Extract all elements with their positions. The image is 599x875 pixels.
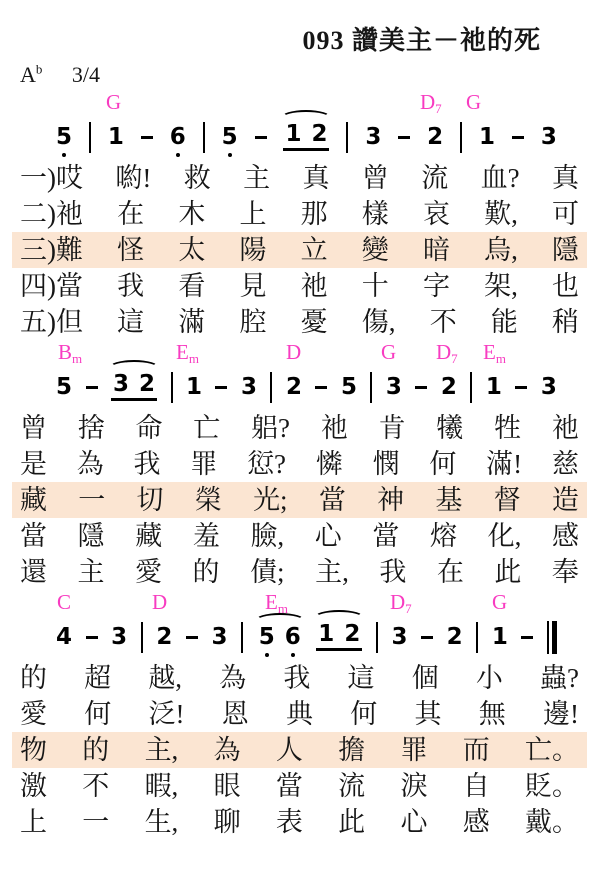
lyric-syllable: 怪 [117, 232, 144, 268]
note: 3 [391, 626, 407, 649]
lyric-syllable: 隱 [78, 518, 105, 554]
note-group: 12 [316, 623, 362, 651]
lyric-syllable: 傷, [362, 304, 396, 340]
lyric-line: 三)難怪太陽立變暗烏,隱 [12, 232, 587, 268]
note: 3 [541, 376, 557, 399]
lyric-syllable: 祂 [321, 410, 348, 446]
lyric-syllable: 木 [178, 196, 205, 232]
lyric-syllable: 愛 [20, 696, 47, 732]
lyric-syllable: 隱 [552, 232, 579, 268]
duration-dash [415, 386, 427, 389]
note: 5 [259, 626, 275, 649]
lyric-syllable: 在 [117, 196, 144, 232]
lyric-syllable: 上 [20, 804, 47, 840]
lyric-syllable: 祂 [301, 268, 328, 304]
lyric-syllable: 切 [137, 482, 164, 518]
lyric-syllable: 榮 [195, 482, 222, 518]
lyric-syllable: 牲 [494, 410, 521, 446]
lyric-syllable: 人 [276, 732, 303, 768]
duration-dash [421, 636, 433, 639]
lyric-syllable: 憐 [316, 446, 343, 482]
lyric-syllable: 罪 [190, 446, 217, 482]
note: 1 [186, 376, 202, 399]
barline [141, 622, 143, 653]
barline [270, 372, 272, 403]
lyric-syllable: 此 [494, 554, 521, 590]
final-barline [547, 621, 557, 654]
lyric-syllable: 典 [286, 696, 313, 732]
lyric-syllable: 愆? [247, 446, 286, 482]
page-title: 093 讚美主－祂的死 [0, 0, 599, 58]
lyric-syllable: 能 [491, 304, 518, 340]
lyric-syllable: 真 [552, 160, 579, 196]
lyric-syllable: 光; [253, 482, 288, 518]
chord-label: Bm [58, 340, 82, 364]
lyric-syllable: 表 [276, 804, 303, 840]
lyric-syllable: 看 [178, 268, 205, 304]
note: 2 [427, 126, 443, 149]
lyric-syllable: 歎, [484, 196, 518, 232]
lyric-syllable: 自 [463, 768, 490, 804]
lyric-syllable: 犧 [436, 410, 463, 446]
lyric-syllable: 超 [84, 660, 111, 696]
lyric-line: 愛何泛!恩典何其無邊! [12, 696, 587, 732]
lyric-syllable: 聊 [214, 804, 241, 840]
lyric-syllable: 我 [134, 446, 161, 482]
lyric-syllable: 熔 [430, 518, 457, 554]
lyric-syllable: 基 [435, 482, 462, 518]
lyric-syllable: 個 [412, 660, 439, 696]
lyric-syllable: 戴。 [525, 804, 579, 840]
barline [370, 372, 372, 403]
lyric-syllable: 心 [400, 804, 427, 840]
system-1: GD7G5165123213一)哎喲!救主真曾流血?真二)祂在木上那樣哀歎,可三… [0, 90, 599, 340]
chord-label: Em [483, 340, 506, 364]
chord-label: G [106, 90, 121, 114]
lyric-syllable: 一 [82, 804, 109, 840]
duration-dash [86, 636, 98, 639]
lyric-syllable: 立 [301, 232, 328, 268]
note: 5 [56, 126, 72, 149]
lyric-line: 上一生,聊表此心感戴。 [12, 804, 587, 840]
duration-dash [141, 136, 153, 139]
lyric-syllable: 的 [20, 660, 47, 696]
barline [241, 622, 243, 653]
lyric-syllable: 主, [145, 732, 179, 768]
lyric-syllable: 流 [421, 160, 448, 196]
barline [476, 622, 478, 653]
note: 3 [541, 126, 557, 149]
lyric-syllable: 越, [148, 660, 182, 696]
lyric-syllable: 感 [552, 518, 579, 554]
lyric-syllable: 神 [377, 482, 404, 518]
lyric-syllable: 我 [283, 660, 310, 696]
note: 3 [241, 376, 257, 399]
duration-dash [255, 136, 267, 139]
lyric-syllable: 此 [338, 804, 365, 840]
lyric-syllable: 主 [243, 160, 270, 196]
note: 1 [318, 623, 334, 646]
notation-row: 43235612321 [0, 614, 599, 660]
note: 1 [285, 123, 301, 146]
barline [376, 622, 378, 653]
note: 2 [441, 376, 457, 399]
notation-row: 5165123213 [0, 114, 599, 160]
lyric-line: 五)但這滿腔憂傷,不能稍 [12, 304, 587, 340]
lyric-syllable: 何 [429, 446, 456, 482]
chord-label: D [286, 340, 301, 364]
note: 3 [386, 376, 402, 399]
lyric-line: 藏一切榮光;當神基督造 [12, 482, 587, 518]
lyric-syllable: 暇, [145, 768, 179, 804]
chord-label: D [152, 590, 167, 614]
lyric-syllable: 的 [82, 732, 109, 768]
lyric-syllable: 藏 [20, 482, 47, 518]
lyric-syllable: 當 [372, 518, 399, 554]
note: 4 [56, 626, 72, 649]
chord-row: CDEmD7G [0, 590, 599, 614]
note: 2 [139, 373, 155, 396]
duration-dash [515, 386, 527, 389]
lyric-syllable: 慈 [552, 446, 579, 482]
lyric-syllable: 擔 [338, 732, 365, 768]
lyric-syllable: 救 [184, 160, 211, 196]
barline [171, 372, 173, 403]
lyric-syllable: 貶。 [525, 768, 579, 804]
lyric-syllable: 變 [362, 232, 389, 268]
duration-dash [186, 636, 198, 639]
music-systems: GD7G5165123213一)哎喲!救主真曾流血?真二)祂在木上那樣哀歎,可三… [0, 90, 599, 840]
system-3: CDEmD7G43235612321的超越,為我這個小蟲?愛何泛!恩典何其無邊!… [0, 590, 599, 840]
barline [203, 122, 205, 153]
note: 3 [113, 373, 129, 396]
note: 2 [311, 123, 327, 146]
lyric-syllable: 哀 [423, 196, 450, 232]
lyric-syllable: 造 [552, 482, 579, 518]
lyric-line: 當隱藏羞臉,心當熔化,感 [12, 518, 587, 554]
hymn-sheet: 093 讚美主－祂的死 Ab 3/4 GD7G5165123213一)哎喲!救主… [0, 0, 599, 875]
lyric-syllable: 一)哎 [20, 160, 83, 196]
note: 1 [479, 126, 495, 149]
lyric-syllable: 罪 [400, 732, 427, 768]
note: 3 [212, 626, 228, 649]
chord-label: D7 [420, 90, 442, 114]
lyric-syllable: 血? [481, 160, 520, 196]
lyric-syllable: 為 [214, 732, 241, 768]
lyric-syllable: 五)但 [20, 304, 83, 340]
lyric-syllable: 物 [20, 732, 47, 768]
lyric-syllable: 邊! [543, 696, 579, 732]
lyric-syllable: 蟲? [540, 660, 579, 696]
lyric-syllable: 眼 [214, 768, 241, 804]
lyric-syllable: 而 [463, 732, 490, 768]
duration-dash [398, 136, 410, 139]
lyric-syllable: 當 [319, 482, 346, 518]
lyric-syllable: 當 [20, 518, 47, 554]
lyric-syllable: 祂 [552, 410, 579, 446]
lyric-syllable: 激 [20, 768, 47, 804]
lyric-syllable: 二)祂 [20, 196, 83, 232]
note: 6 [285, 626, 301, 649]
note-group: 32 [111, 373, 157, 401]
note: 5 [222, 126, 238, 149]
lyric-syllable: 藏 [135, 518, 162, 554]
note: 3 [365, 126, 381, 149]
note: 2 [344, 623, 360, 646]
barline [460, 122, 462, 153]
lyric-syllable: 何 [84, 696, 111, 732]
note: 1 [486, 376, 502, 399]
lyric-syllable: 我 [117, 268, 144, 304]
lyric-syllable: 主 [78, 554, 105, 590]
chord-label: D7 [436, 340, 458, 364]
lyric-syllable: 生, [145, 804, 179, 840]
lyric-line: 還主愛的債;主,我在此奉 [12, 554, 587, 590]
chord-row: BmEmDGD7Em [0, 340, 599, 364]
lyric-syllable: 也 [552, 268, 579, 304]
lyric-syllable: 烏, [484, 232, 518, 268]
lyric-syllable: 不 [430, 304, 457, 340]
lyric-line: 曾捨命亡躳?祂肯犧牲祂 [12, 410, 587, 446]
chord-label: G [492, 590, 507, 614]
lyric-syllable: 命 [136, 410, 163, 446]
note: 6 [170, 126, 186, 149]
note: 2 [156, 626, 172, 649]
lyric-syllable: 那 [301, 196, 328, 232]
lyric-syllable: 不 [82, 768, 109, 804]
lyric-syllable: 憫 [373, 446, 400, 482]
duration-dash [315, 386, 327, 389]
lyric-syllable: 在 [437, 554, 464, 590]
lyric-syllable: 捨 [78, 410, 105, 446]
lyric-syllable: 感 [463, 804, 490, 840]
lyric-syllable: 肯 [379, 410, 406, 446]
lyric-syllable: 十 [362, 268, 389, 304]
note: 2 [447, 626, 463, 649]
time-signature: 3/4 [72, 62, 100, 87]
note: 2 [286, 376, 302, 399]
lyric-syllable: 喲! [115, 160, 151, 196]
lyric-syllable: 臉, [250, 518, 284, 554]
chord-label: Em [176, 340, 199, 364]
lyric-syllable: 見 [239, 268, 266, 304]
lyric-syllable: 流 [338, 768, 365, 804]
lyric-syllable: 心 [315, 518, 342, 554]
lyric-syllable: 為 [77, 446, 104, 482]
lyric-syllable: 真 [303, 160, 330, 196]
lyric-syllable: 羞 [193, 518, 220, 554]
lyric-syllable: 可 [552, 196, 579, 232]
lyric-syllable: 債; [250, 554, 285, 590]
lyric-syllable: 曾 [362, 160, 389, 196]
chord-label: Em [265, 590, 288, 614]
note: 1 [108, 126, 124, 149]
lyric-syllable: 愛 [135, 554, 162, 590]
lyric-line: 二)祂在木上那樣哀歎,可 [12, 196, 587, 232]
note-group: 56 [257, 626, 303, 649]
lyric-syllable: 這 [117, 304, 144, 340]
lyric-syllable: 腔 [239, 304, 266, 340]
note-group: 12 [283, 123, 329, 151]
duration-dash [215, 386, 227, 389]
lyric-syllable: 小 [476, 660, 503, 696]
lyric-syllable: 一 [78, 482, 105, 518]
lyric-syllable: 三)難 [20, 232, 83, 268]
lyric-syllable: 太 [178, 232, 205, 268]
lyric-line: 物的主,為人擔罪而亡。 [12, 732, 587, 768]
lyric-syllable: 化, [488, 518, 522, 554]
lyric-line: 的超越,為我這個小蟲? [12, 660, 587, 696]
lyric-line: 激不暇,眼當流淚自貶。 [12, 768, 587, 804]
lyric-syllable: 滿! [486, 446, 522, 482]
lyric-syllable: 當 [276, 768, 303, 804]
note: 3 [111, 626, 127, 649]
lyric-syllable: 陽 [239, 232, 266, 268]
barline [89, 122, 91, 153]
duration-dash [512, 136, 524, 139]
lyric-syllable: 暗 [423, 232, 450, 268]
lyric-syllable: 是 [20, 446, 47, 482]
lyric-syllable: 亡。 [525, 732, 579, 768]
barline [346, 122, 348, 153]
note: 5 [56, 376, 72, 399]
barline [470, 372, 472, 403]
lyric-syllable: 滿 [178, 304, 205, 340]
lyric-syllable: 憂 [301, 304, 328, 340]
lyric-syllable: 四)當 [20, 268, 83, 304]
lyric-syllable: 稍 [552, 304, 579, 340]
lyric-syllable: 亡 [193, 410, 220, 446]
lyric-syllable: 督 [494, 482, 521, 518]
lyric-syllable: 躳? [251, 410, 290, 446]
note: 1 [492, 626, 508, 649]
duration-dash [86, 386, 98, 389]
lyric-syllable: 為 [219, 660, 246, 696]
lyric-syllable: 樣 [362, 196, 389, 232]
lyric-line: 四)當我看見祂十字架,也 [12, 268, 587, 304]
chord-label: D7 [390, 590, 412, 614]
lyric-syllable: 我 [379, 554, 406, 590]
lyric-syllable: 曾 [20, 410, 47, 446]
lyric-line: 一)哎喲!救主真曾流血?真 [12, 160, 587, 196]
lyric-syllable: 這 [348, 660, 375, 696]
lyric-syllable: 上 [239, 196, 266, 232]
chord-label: G [466, 90, 481, 114]
lyric-syllable: 無 [479, 696, 506, 732]
lyric-syllable: 奉 [552, 554, 579, 590]
notation-row: 53213253213 [0, 364, 599, 410]
lyric-syllable: 的 [193, 554, 220, 590]
lyric-syllable: 淚 [400, 768, 427, 804]
lyric-line: 是為我罪愆?憐憫何滿!慈 [12, 446, 587, 482]
chord-label: G [381, 340, 396, 364]
lyric-syllable: 還 [20, 554, 47, 590]
lyric-syllable: 其 [415, 696, 442, 732]
key-letter: Ab [20, 62, 42, 87]
lyric-syllable: 主, [315, 554, 349, 590]
chord-label: C [57, 590, 71, 614]
lyric-syllable: 字 [423, 268, 450, 304]
lyric-syllable: 何 [350, 696, 377, 732]
note: 5 [341, 376, 357, 399]
flat-accidental: b [36, 62, 43, 77]
system-2: BmEmDGD7Em53213253213曾捨命亡躳?祂肯犧牲祂是為我罪愆?憐憫… [0, 340, 599, 590]
lyric-syllable: 泛! [149, 696, 185, 732]
lyric-syllable: 恩 [222, 696, 249, 732]
key-signature-row: Ab 3/4 [0, 60, 599, 90]
duration-dash [521, 636, 533, 639]
lyric-syllable: 架, [484, 268, 518, 304]
